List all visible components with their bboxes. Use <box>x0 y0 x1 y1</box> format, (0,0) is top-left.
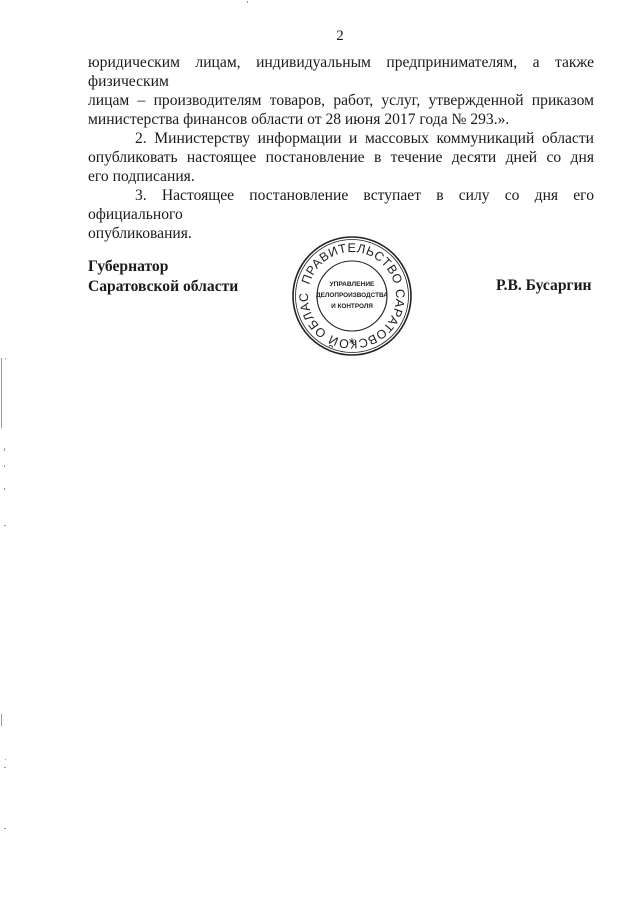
text-line: опубликовать настоящее постановление в т… <box>88 148 594 167</box>
scan-artifact <box>4 488 5 490</box>
scan-artifact <box>5 358 6 359</box>
text-line: его подписания. <box>88 168 195 185</box>
paragraph-item-3: 3. Настоящее постановление вступает в си… <box>88 186 594 224</box>
text-line: 2. Министерству информации и массовых ко… <box>88 129 594 148</box>
text-line: министерства финансов области от 28 июня… <box>88 111 509 128</box>
official-stamp: ПРАВИТЕЛЬСТВО САРАТОВСКОЙ ОБЛАСТИ * УПРА… <box>290 234 414 358</box>
position-region: Саратовской области <box>88 277 238 297</box>
svg-text:УПРАВЛЕНИЕ: УПРАВЛЕНИЕ <box>330 281 376 288</box>
paragraph-item-2-cont: опубликовать настоящее постановление в т… <box>88 148 594 186</box>
scan-artifact <box>4 767 6 768</box>
scan-artifact <box>5 759 6 760</box>
scan-artifact <box>4 525 6 526</box>
paragraph-item-2: 2. Министерству информации и массовых ко… <box>88 129 594 148</box>
svg-text:*: * <box>349 337 356 352</box>
text-line: юридическим лицам, индивидуальным предпр… <box>88 53 594 91</box>
paragraph-continuation: юридическим лицам, индивидуальным предпр… <box>88 53 594 129</box>
svg-text:ДЕЛОПРОИЗВОДСТВА: ДЕЛОПРОИЗВОДСТВА <box>316 292 388 299</box>
scan-artifact <box>247 1 248 3</box>
signatory-position: Губернатор Саратовской области <box>88 257 238 297</box>
document-body: юридическим лицам, индивидуальным предпр… <box>88 53 594 243</box>
scan-artifact <box>1 358 2 428</box>
scan-artifact <box>4 448 5 451</box>
scan-artifact <box>1 714 2 726</box>
text-line: опубликования. <box>88 225 192 242</box>
text-line: лицам – производителям товаров, работ, у… <box>88 91 594 110</box>
scan-artifact <box>4 465 5 467</box>
page-number: 2 <box>0 28 640 45</box>
signatory-name: Р.В. Бусаргин <box>496 276 592 296</box>
stamp-seal-icon: ПРАВИТЕЛЬСТВО САРАТОВСКОЙ ОБЛАСТИ * УПРА… <box>290 234 414 358</box>
text-line: 3. Настоящее постановление вступает в си… <box>88 186 594 224</box>
svg-text:И КОНТРОЛЯ: И КОНТРОЛЯ <box>331 303 373 310</box>
scan-artifact <box>4 828 6 829</box>
position-title: Губернатор <box>88 257 238 277</box>
